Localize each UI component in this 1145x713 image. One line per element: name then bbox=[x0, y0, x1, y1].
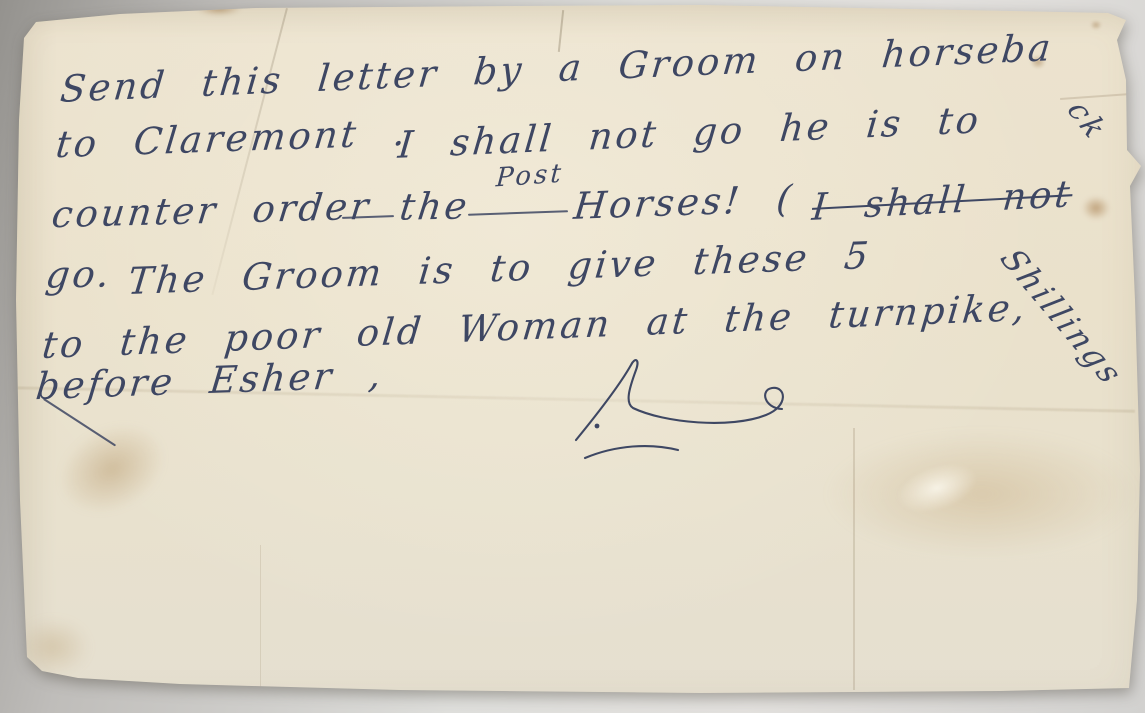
crease-vertical-bottom-right bbox=[853, 428, 855, 690]
stain-right-edge bbox=[1082, 196, 1110, 220]
letter-line-6: before Esher , bbox=[34, 356, 386, 405]
stain-top-left bbox=[196, 0, 242, 16]
letter-line-4b: The Groom is to give these 5 bbox=[126, 237, 873, 300]
signature-main-stroke bbox=[576, 360, 783, 440]
letter-line-2b: I shall not go he is to bbox=[396, 101, 982, 164]
stain-left-smudge bbox=[43, 407, 180, 532]
pen-dash-2 bbox=[468, 210, 568, 215]
signature-underline bbox=[585, 446, 678, 458]
crease-top-right bbox=[1060, 92, 1145, 99]
letter-line-1: Send this letter by a Groom on horseba bbox=[59, 29, 1055, 108]
letter-line-3-struck: I shall not bbox=[811, 175, 1075, 226]
paper-shadow-wrap: Send this letter by a Groom on horseba c… bbox=[0, 0, 1145, 713]
letter-line-2a: to Claremont . bbox=[54, 114, 410, 163]
letter-line-1-wrap: ck bbox=[1061, 97, 1112, 144]
stain-bottom-left bbox=[16, 618, 90, 676]
photo-background: Send this letter by a Groom on horseba c… bbox=[0, 0, 1145, 713]
letter-paper: Send this letter by a Groom on horseba c… bbox=[0, 0, 1145, 713]
letter-line-3a: counter order bbox=[50, 188, 373, 233]
letter-line-3b: the bbox=[398, 187, 472, 225]
signature-v-flourish bbox=[538, 352, 808, 472]
letter-insert-post: Post bbox=[495, 161, 565, 192]
letter-line-4a: go. bbox=[44, 255, 115, 293]
signature-dot bbox=[595, 424, 600, 429]
stain-bottom-right-large bbox=[826, 432, 1138, 556]
crease-vertical-bottom-left bbox=[260, 545, 261, 690]
letter-line-3c: Horses! ( bbox=[572, 180, 796, 225]
stain-top-right-tiny bbox=[1090, 20, 1102, 30]
